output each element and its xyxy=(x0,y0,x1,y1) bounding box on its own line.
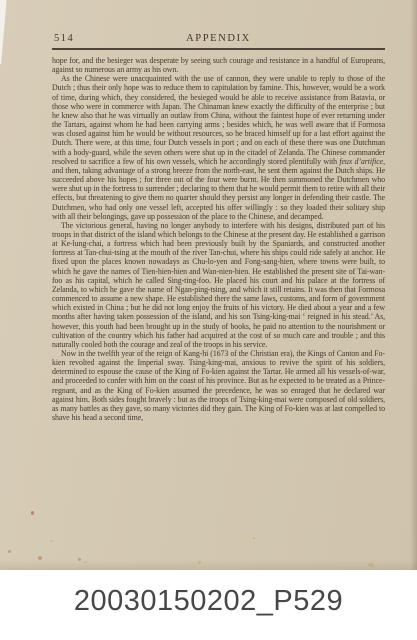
foxing-spot xyxy=(368,563,374,567)
header-rule xyxy=(52,48,385,50)
italic-phrase: feux d’artifice xyxy=(339,157,383,166)
paragraph: Now in the twelfth year of the reign of … xyxy=(52,349,385,422)
catalog-strip: 20030150202_P529 xyxy=(0,570,417,640)
catalog-number: 20030150202_P529 xyxy=(74,585,343,618)
foxing-spot xyxy=(198,561,201,564)
paragraph-text: , and then, taking advantage of a strong… xyxy=(52,157,385,221)
paragraph-continuation: hope for, and the besieger was desperate… xyxy=(52,56,385,74)
paragraph-text: As the Chinese were unacquainted with th… xyxy=(52,74,385,165)
paragraph: As the Chinese were unacquainted with th… xyxy=(52,74,385,221)
foxing-spot xyxy=(253,537,255,539)
scanned-book-page-photo: 514 APPENDIX hope for, and the besieger … xyxy=(0,0,417,640)
foxing-spot xyxy=(78,558,81,561)
body-text: hope for, and the besieger was desperate… xyxy=(52,56,385,422)
scan-background-sliver xyxy=(0,0,11,64)
foxing-spot xyxy=(84,561,87,563)
page-edge-shadow-right xyxy=(410,0,417,570)
foxing-spot xyxy=(31,511,34,515)
book-page: 514 APPENDIX hope for, and the besieger … xyxy=(0,0,417,570)
paragraph: The victorious general, having no longer… xyxy=(52,221,385,349)
page-header: 514 APPENDIX xyxy=(52,33,385,46)
running-head: APPENDIX xyxy=(52,33,385,44)
foxing-spot xyxy=(38,556,42,560)
page-edge-shadow-bottom xyxy=(0,560,417,570)
foxing-spot xyxy=(50,540,53,542)
foxing-spot xyxy=(8,550,11,553)
